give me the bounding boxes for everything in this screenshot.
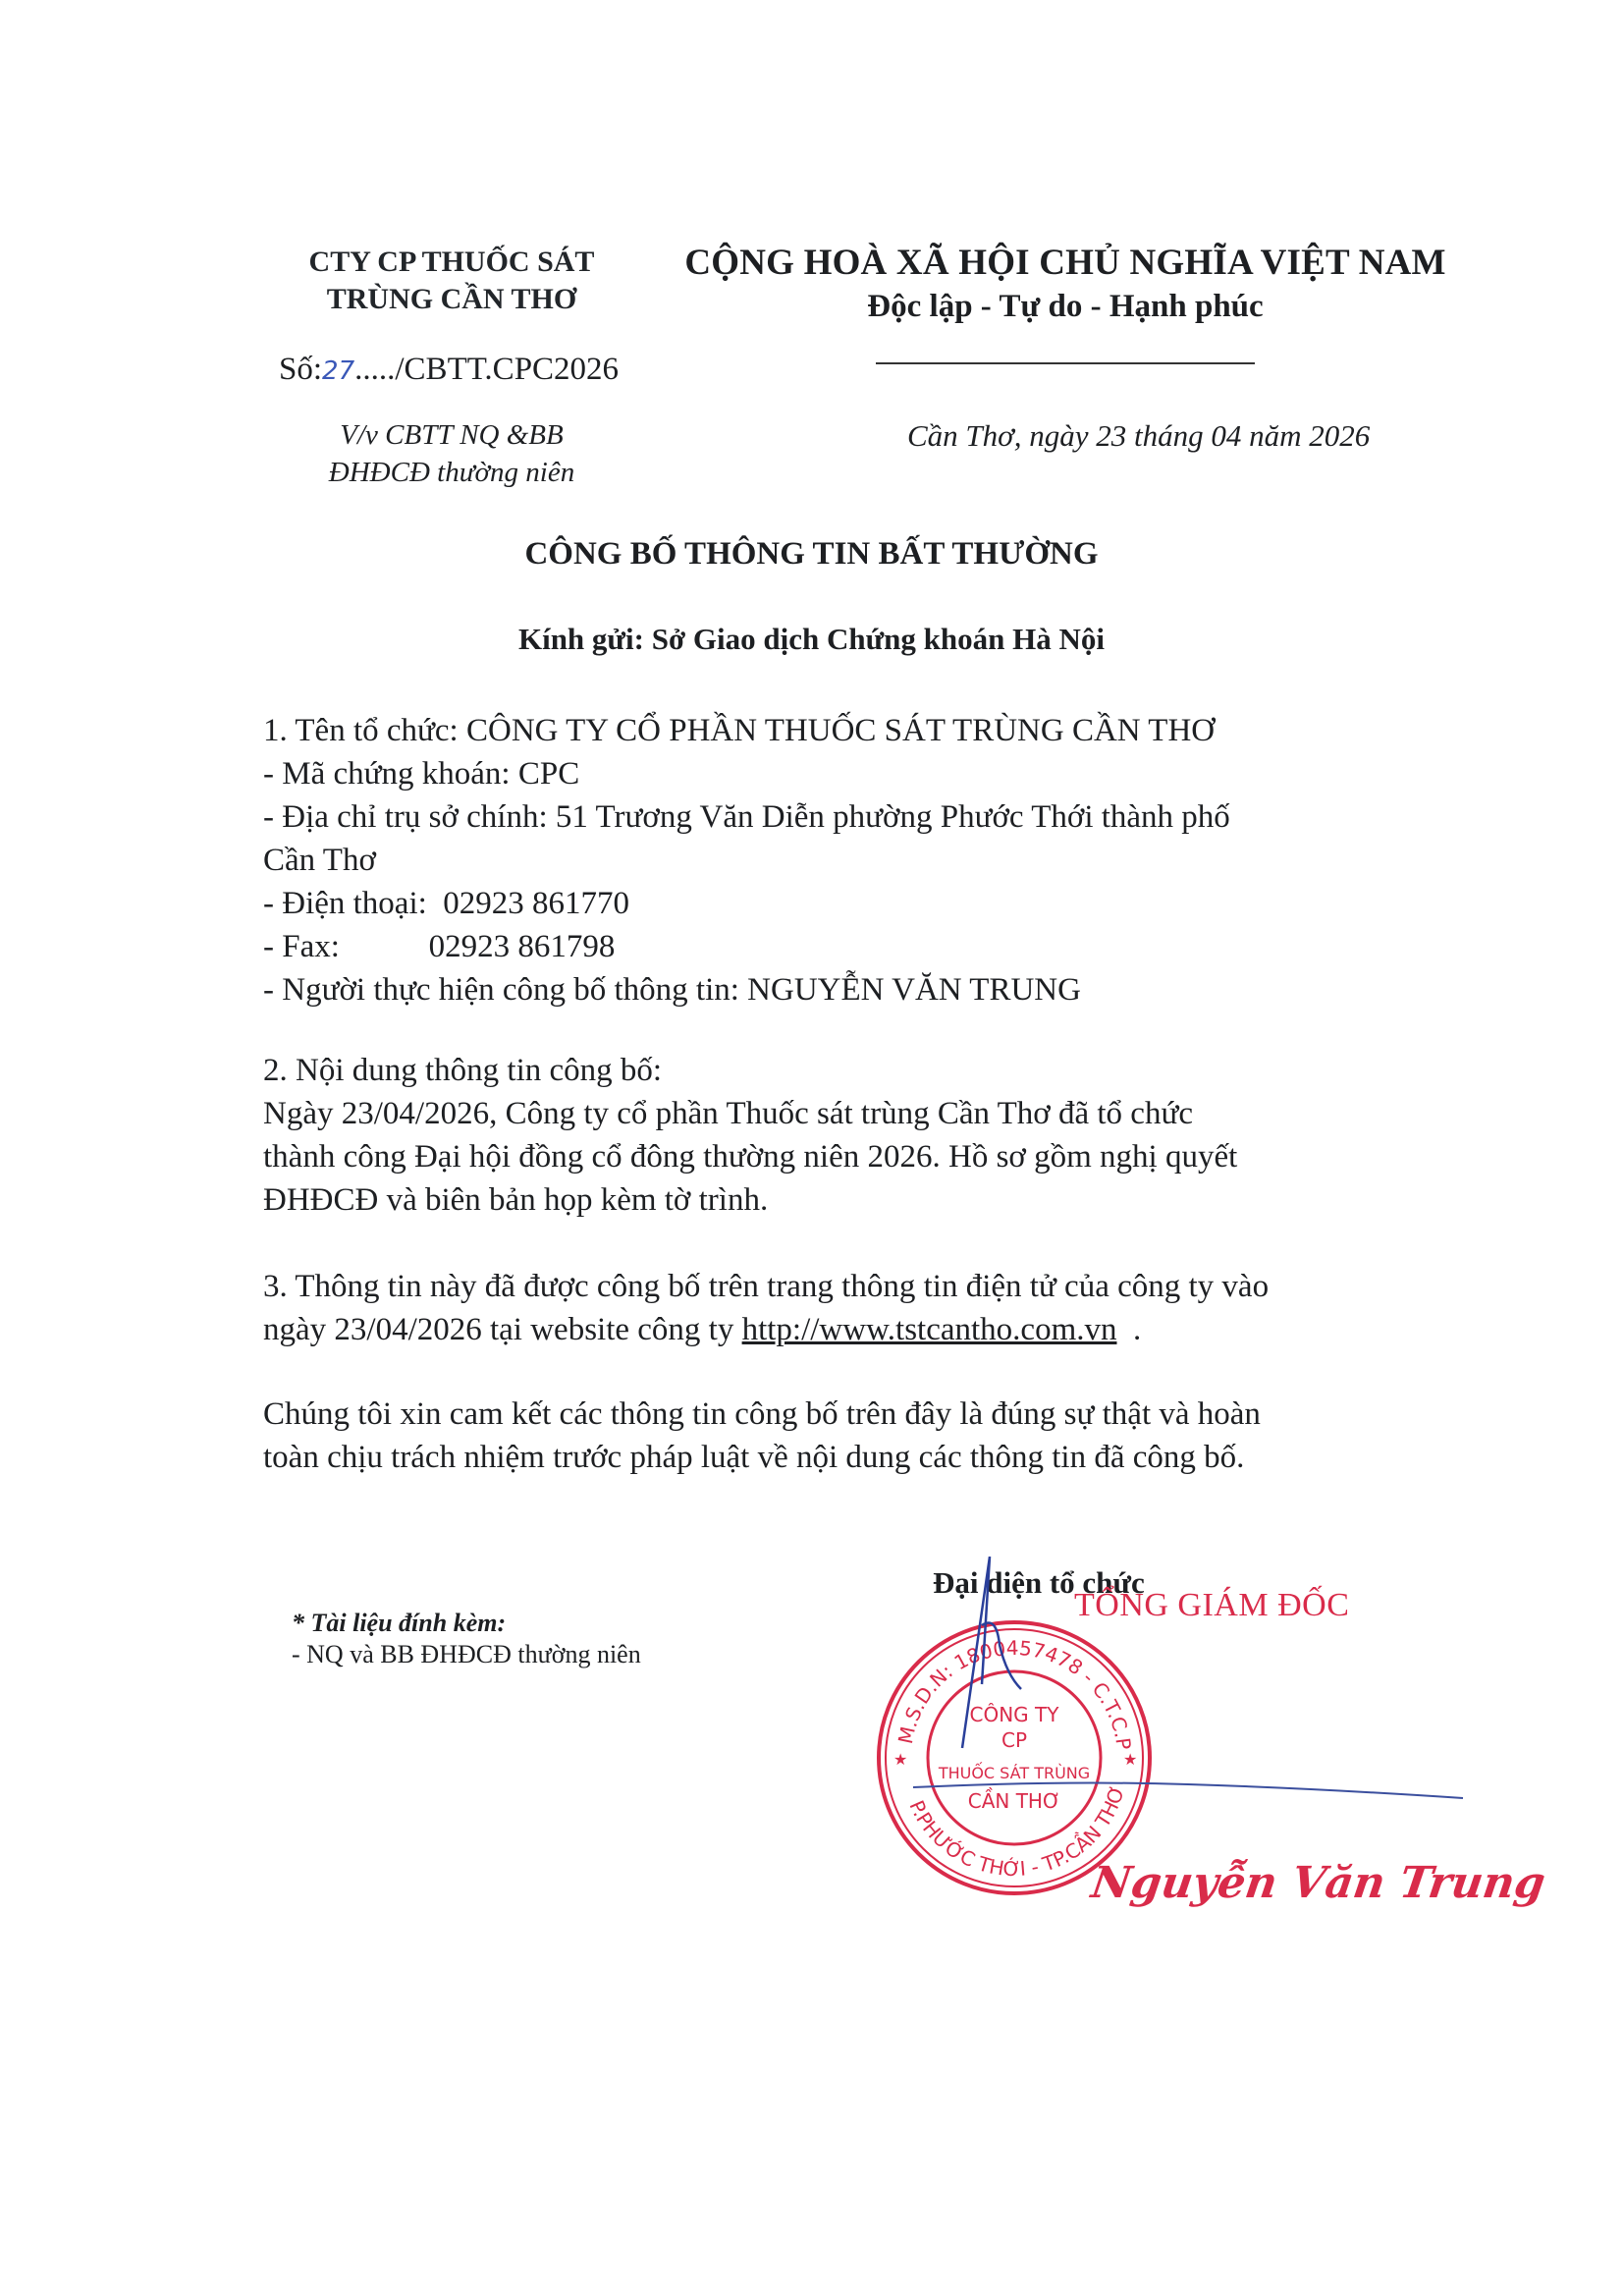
- recipient: Kính gửi: Sở Giao dịch Chứng khoán Hà Nộ…: [0, 622, 1623, 657]
- handwritten-number: 27: [322, 356, 354, 386]
- attachments-heading: * Tài liệu đính kèm:: [292, 1609, 506, 1638]
- document-number: Số:27...../CBTT.CPC2026: [279, 352, 619, 388]
- org-line: 1. Tên tổ chức: CÔNG TY CỔ PHẦN THUỐC SÁ…: [263, 709, 1230, 752]
- issuer-name-line1: CTY CP THUỐC SÁT: [265, 244, 638, 281]
- commitment-statement: Chúng tôi xin cam kết các thông tin công…: [263, 1393, 1261, 1479]
- section-disclosure-content: 2. Nội dung thông tin công bố: Ngày 23/0…: [263, 1049, 1237, 1222]
- document-subject: V/v CBTT NQ &BB ĐHĐCĐ thường niên: [265, 416, 638, 491]
- national-motto: Độc lập - Tự do - Hạnh phúc: [648, 286, 1483, 327]
- org-line: - Fax: 02923 861798: [263, 925, 1230, 968]
- org-line: Cần Thơ: [263, 839, 1230, 882]
- org-line: - Địa chỉ trụ sở chính: 51 Trương Văn Di…: [263, 795, 1230, 839]
- place-and-date: Cần Thơ, ngày 23 tháng 04 năm 2026: [907, 418, 1370, 454]
- section-organization-info: 1. Tên tổ chức: CÔNG TY CỔ PHẦN THUỐC SÁ…: [263, 709, 1230, 1011]
- org-line: - Điện thoại: 02923 861770: [263, 882, 1230, 925]
- org-line: - Người thực hiện công bố thông tin: NGU…: [263, 968, 1230, 1011]
- issuer-name: CTY CP THUỐC SÁT TRÙNG CẦN THƠ: [265, 244, 638, 318]
- org-line: - Mã chứng khoán: CPC: [263, 752, 1230, 795]
- section-publication: 3. Thông tin này đã được công bố trên tr…: [263, 1265, 1269, 1351]
- document-title: CÔNG BỐ THÔNG TIN BẤT THƯỜNG: [0, 536, 1623, 573]
- nation-title: CỘNG HOÀ XÃ HỘI CHỦ NGHĨA VIỆT NAM: [648, 241, 1483, 286]
- issuer-name-line2: TRÙNG CẦN THƠ: [265, 281, 638, 318]
- header-divider: [876, 362, 1255, 364]
- company-website-link[interactable]: http://www.tstcantho.com.vn: [742, 1312, 1117, 1347]
- handwritten-signature-icon: [864, 1557, 1473, 1812]
- attachment-item: - NQ và BB ĐHĐCĐ thường niên: [292, 1640, 641, 1669]
- national-header: CỘNG HOÀ XÃ HỘI CHỦ NGHĨA VIỆT NAM Độc l…: [648, 241, 1483, 327]
- signatory-name: Nguyễn Văn Trung: [1088, 1858, 1547, 1908]
